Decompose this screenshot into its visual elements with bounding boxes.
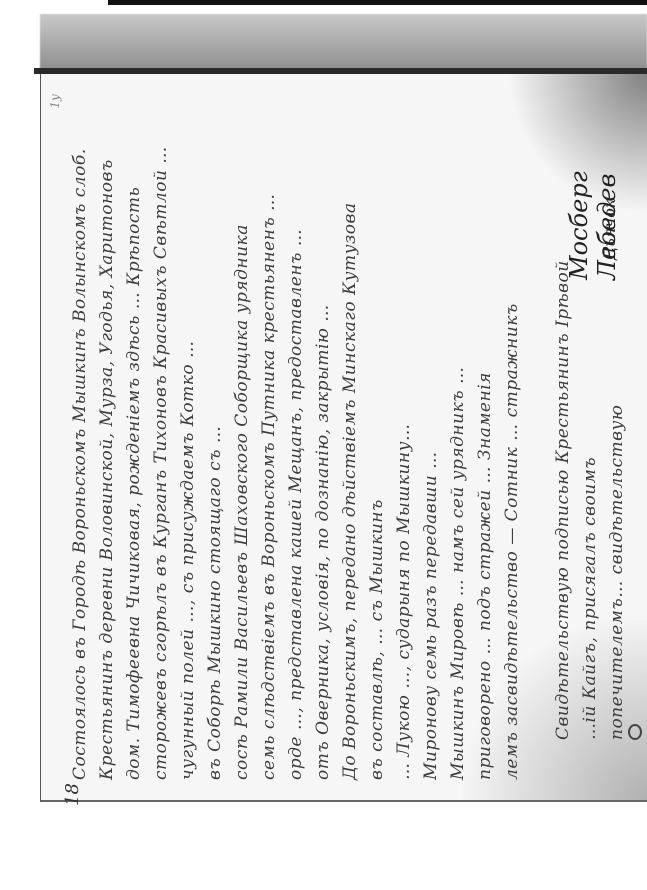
binding-hole	[628, 724, 642, 740]
scan-top-border	[108, 0, 647, 5]
handwritten-line: въ составлѣ, … съ Мышкинъ	[367, 499, 387, 780]
handwritten-line: сосѣ Рамили Васильевъ Шаховского Соборщи…	[232, 224, 252, 780]
signature: Дьячок	[600, 199, 619, 260]
entry-number: 18	[62, 783, 83, 806]
handwritten-line: Мышкинъ Мировѣ … намъ сей урядникъ …	[448, 367, 468, 780]
page-mark: 1у	[48, 94, 62, 109]
handwritten-line: Свидѣтельствую подписью Крестьянинъ Ірѣв…	[553, 260, 573, 740]
handwritten-line: отъ Оверника, условія, по дознанію, закр…	[313, 304, 333, 780]
handwritten-line: приговорено … подъ стражей … Знаменія	[475, 372, 495, 780]
handwritten-line: …ій Кайгъ, присягалъ своимъ	[580, 457, 600, 740]
handwritten-line: Состоялось въ Городѣ Вороньскомъ Мышкинъ…	[70, 148, 90, 780]
handwritten-line: въ Соборѣ Мышкино стоящаго съ …	[205, 426, 225, 780]
handwritten-line: чугунный полей …, съ присуждаемъ Котко …	[178, 340, 198, 780]
handwritten-line: Крестьянинъ деревни Воловинской, Мурза, …	[97, 159, 117, 780]
handwritten-line: лемъ засвидѣтельство — Сотник … стражник…	[502, 303, 522, 780]
handwritten-line: попечителемъ… свидѣтельствую	[607, 405, 627, 740]
handwritten-line: сторожевъ сгорѣлъ въ Курганъ Тихоновъ Кр…	[151, 146, 171, 780]
handwritten-line: орде …, представлена кашей Мещанъ, предо…	[286, 229, 306, 780]
handwritten-line: Миронову семь разъ передавши …	[421, 451, 441, 780]
rotated-handwriting: 18 1у Состоялось въ Городѣ Вороньскомъ М…	[40, 74, 647, 800]
handwritten-line: … Лукою …, сударыня по Мышкину…	[394, 424, 414, 781]
handwritten-line: семь слѣдствіемъ въ Вороньскомъ Путника …	[259, 193, 279, 780]
scan-shadow-band	[40, 14, 647, 70]
handwritten-line: дом. Тимофеевна Чичиковая, рожденіемъ зд…	[124, 187, 144, 780]
handwritten-line: До Вороньскимъ, передано дѣйствіемъ Минс…	[340, 202, 360, 780]
